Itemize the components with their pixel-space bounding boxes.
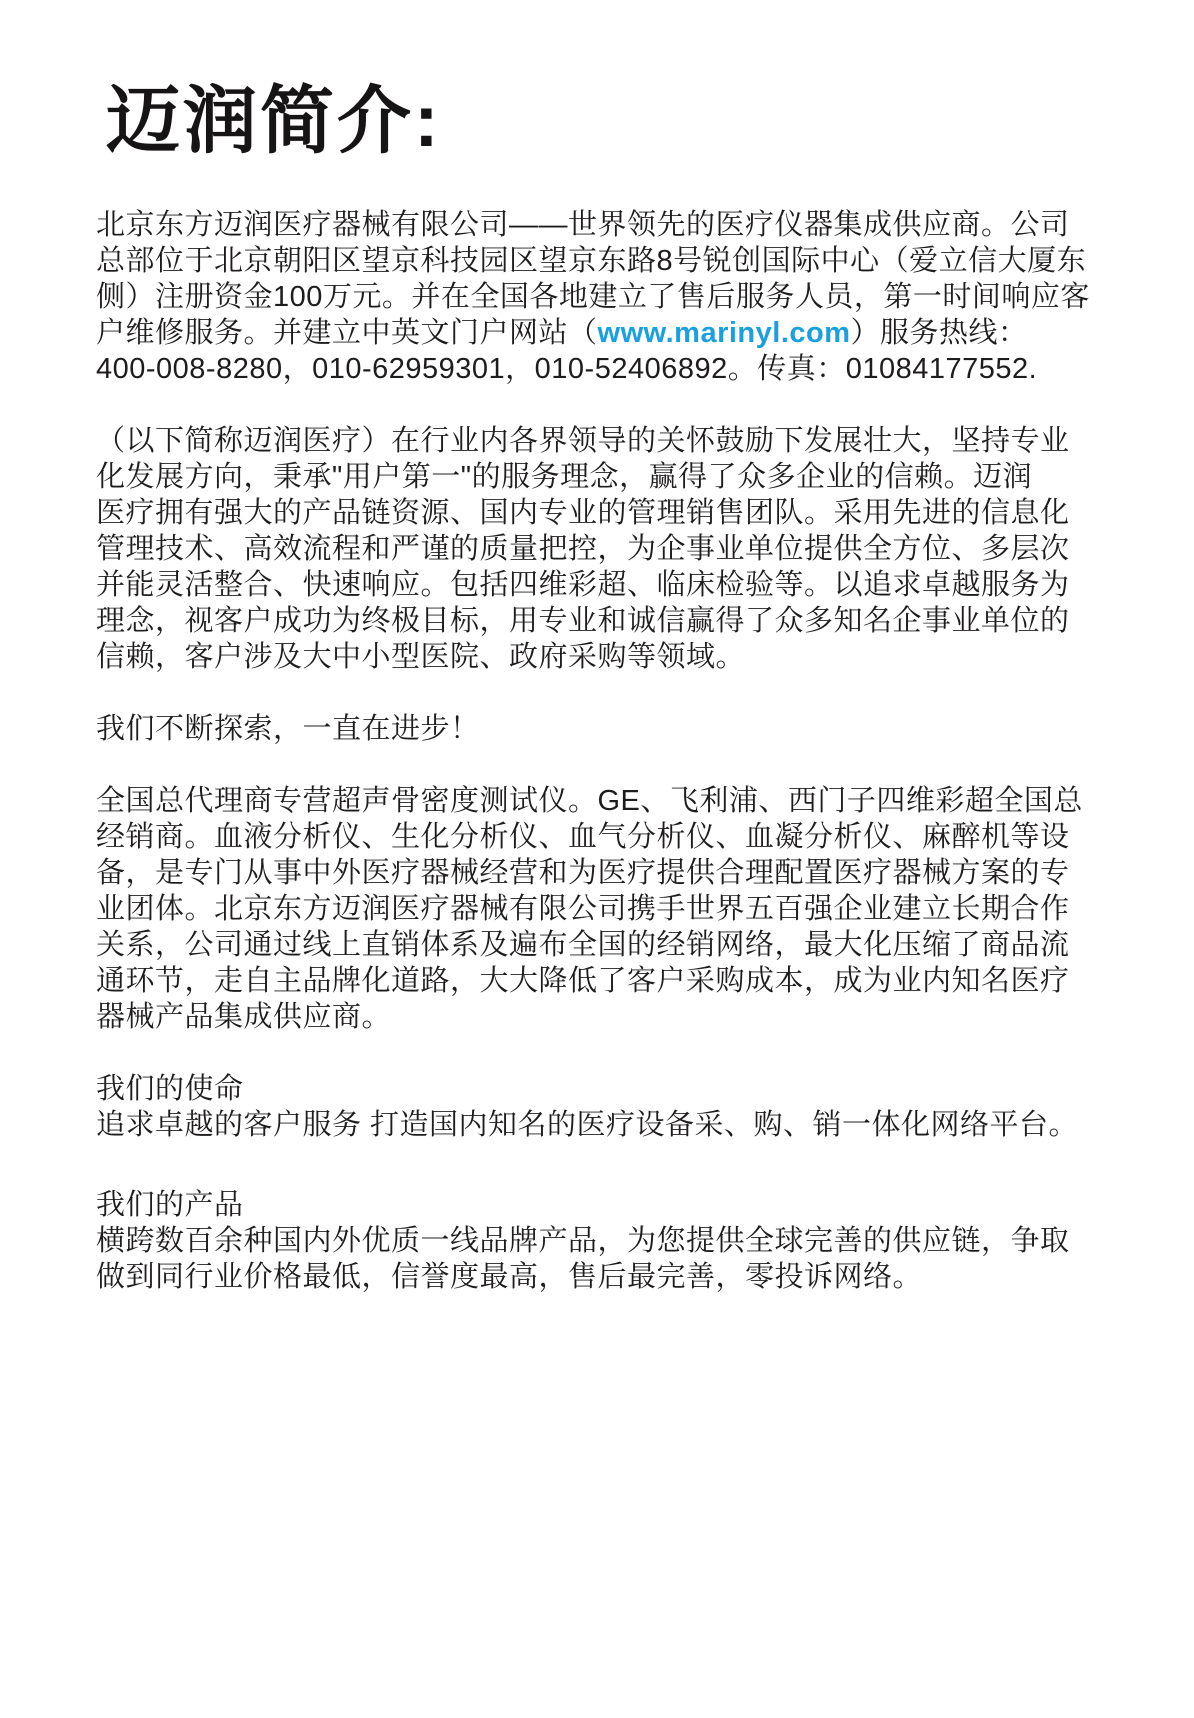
paragraph-development: （以下简称迈润医疗）在行业内各界领导的关怀鼓励下发展壮大，坚持专业 化发展方向，… — [96, 423, 1098, 675]
page-title: 迈润简介: — [106, 80, 1098, 161]
website-link[interactable]: www.marinyl.com — [598, 317, 851, 349]
mission-heading: 我们的使命 — [96, 1071, 1098, 1107]
paragraph-company-intro: 北京东方迈润医疗器械有限公司——世界领先的医疗仪器集成供应商。公司 总部位于北京… — [96, 207, 1098, 387]
products-section: 我们的产品 横跨数百余种国内外优质一线品牌产品，为您提供全球完善的供应链，争取 … — [96, 1187, 1098, 1295]
products-heading: 我们的产品 — [96, 1187, 1098, 1223]
mission-section: 我们的使命 追求卓越的客户服务 打造国内知名的医疗设备采、购、销一体化网络平台。 — [96, 1071, 1098, 1143]
paragraph-business: 全国总代理商专营超声骨密度测试仪。GE、飞利浦、西门子四维彩超全国总 经销商。血… — [96, 783, 1098, 1035]
products-text: 横跨数百余种国内外优质一线品牌产品，为您提供全球完善的供应链，争取 做到同行业价… — [96, 1223, 1098, 1295]
paragraph-slogan: 我们不断探索，一直在进步！ — [96, 711, 1098, 747]
document-page: 迈润简介: 北京东方迈润医疗器械有限公司——世界领先的医疗仪器集成供应商。公司 … — [0, 0, 1194, 1718]
mission-text: 追求卓越的客户服务 打造国内知名的医疗设备采、购、销一体化网络平台。 — [96, 1107, 1098, 1143]
